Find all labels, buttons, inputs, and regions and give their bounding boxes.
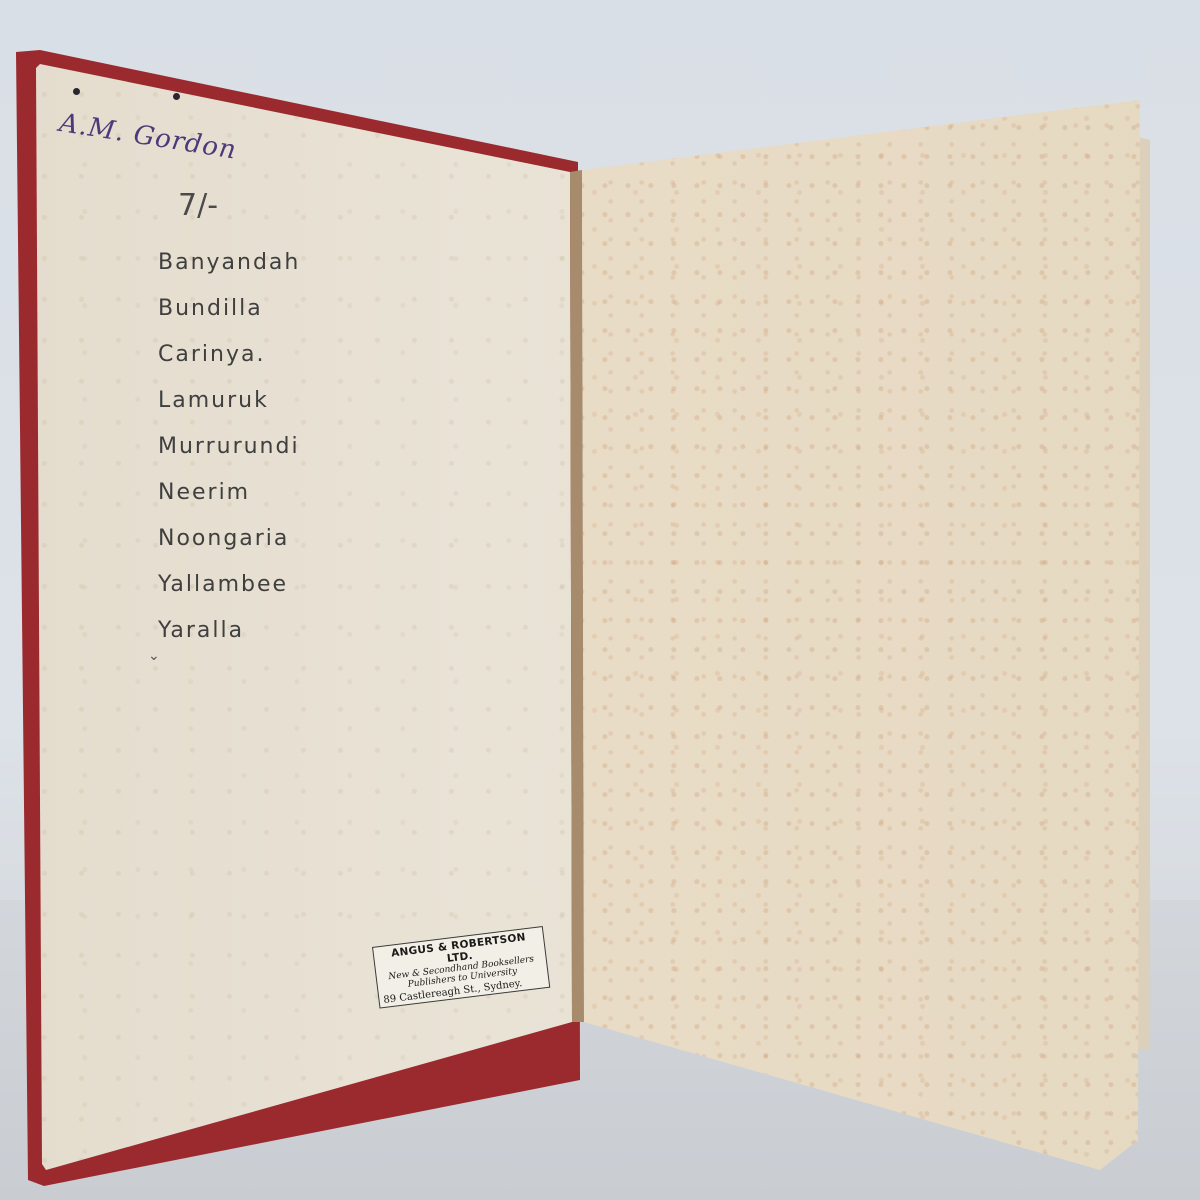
- ink-dot: [173, 93, 180, 100]
- list-item: Murrurundi: [158, 434, 300, 480]
- pencil-mark: ⌄: [148, 648, 160, 664]
- price-inscription: 7/-: [178, 188, 218, 223]
- list-item: Neerim: [158, 480, 300, 526]
- book-photo: A.M. Gordon 7/- Banyandah Bundilla Carin…: [0, 0, 1200, 1200]
- list-item: Yaralla: [158, 618, 300, 664]
- list-item: Banyandah: [158, 250, 300, 296]
- list-item: Noongaria: [158, 526, 300, 572]
- list-item: Yallambee: [158, 572, 300, 618]
- list-item: Carinya.: [158, 342, 300, 388]
- handwritten-name-list: Banyandah Bundilla Carinya. Lamuruk Murr…: [158, 250, 300, 664]
- ink-dot: [73, 88, 80, 95]
- list-item: Lamuruk: [158, 388, 300, 434]
- list-item: Bundilla: [158, 296, 300, 342]
